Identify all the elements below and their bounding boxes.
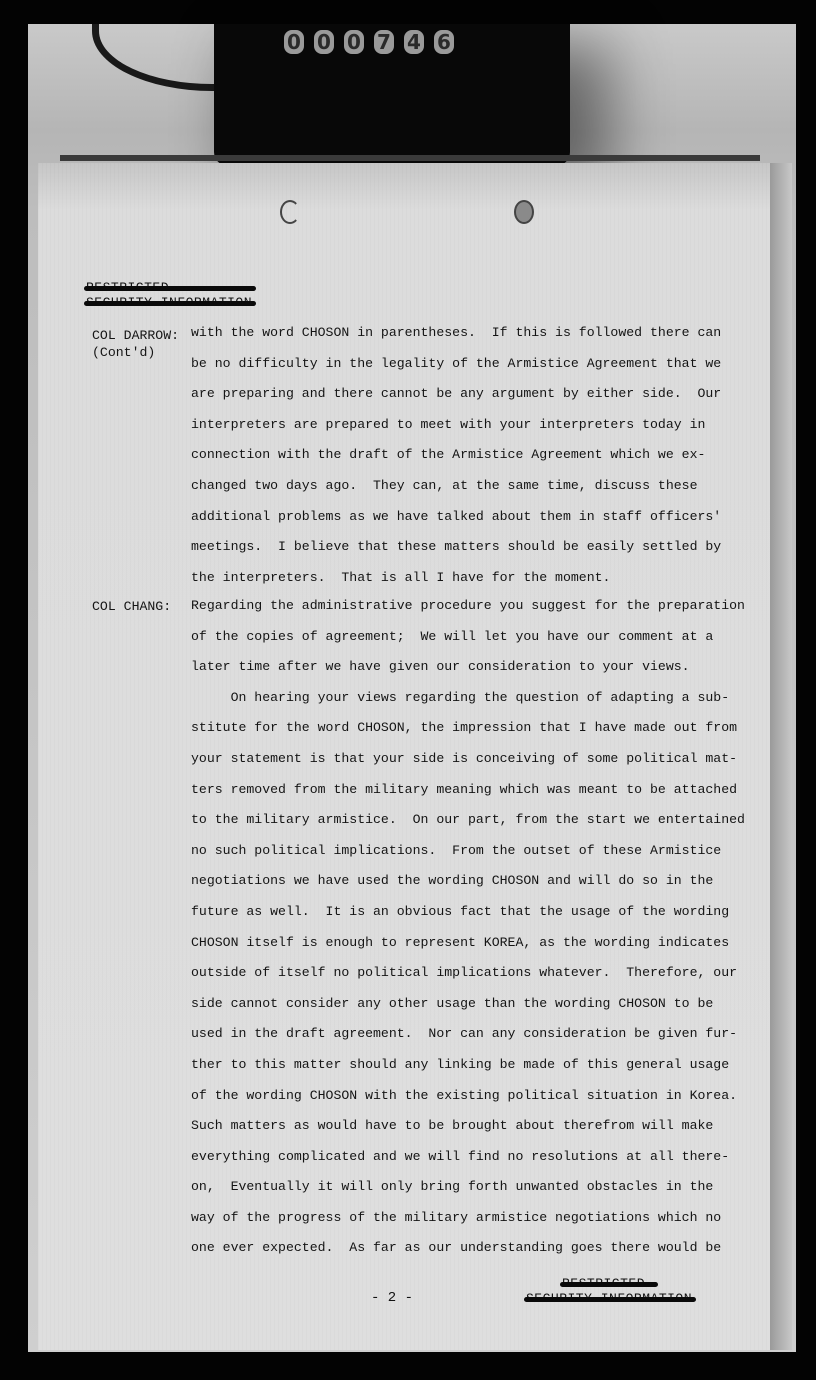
chang-statement: Regarding the administrative procedure y… [191, 591, 731, 1264]
text-line: one ever expected. As far as our underst… [191, 1233, 731, 1264]
text-line: CHOSON itself is enough to represent KOR… [191, 928, 731, 959]
text-line: way of the progress of the military armi… [191, 1203, 731, 1234]
text-line: used in the draft agreement. Nor can any… [191, 1019, 731, 1050]
speaker-label-chang: COL CHANG: [92, 598, 171, 615]
page-edge [770, 163, 792, 1350]
text-line: side cannot consider any other usage tha… [191, 989, 731, 1020]
text-line: stitute for the word CHOSON, the impress… [191, 713, 731, 744]
darrow-statement: with the word CHOSON in parentheses. If … [191, 318, 731, 593]
frame-counter-clip: 0 0 0 7 4 6 [214, 24, 570, 166]
text-line: On hearing your views regarding the ques… [191, 683, 731, 714]
counter-digit: 0 [314, 30, 334, 54]
text-line: later time after we have given our consi… [191, 652, 731, 683]
text-line: meetings. I believe that these matters s… [191, 532, 731, 563]
footer-stamp: RESTRICTED SECURITY INFORMATION [526, 1276, 692, 1306]
punch-hole-icon [280, 200, 300, 224]
counter-digit: 7 [374, 30, 394, 54]
speaker-note: (Cont'd) [92, 345, 155, 360]
text-line: no such political implications. From the… [191, 836, 731, 867]
stamp-security-information: SECURITY INFORMATION [526, 1291, 692, 1306]
text-line: Regarding the administrative procedure y… [191, 591, 731, 622]
counter-digit: 4 [404, 30, 424, 54]
page-number: - 2 - [371, 1290, 413, 1306]
stamp-restricted: RESTRICTED [562, 1276, 654, 1291]
text-line: negotiations we have used the wording CH… [191, 866, 731, 897]
text-line: the interpreters. That is all I have for… [191, 563, 731, 594]
speaker-label-darrow: COL DARROW:(Cont'd) [92, 327, 179, 361]
text-line: ther to this matter should any linking b… [191, 1050, 731, 1081]
clip-rail [60, 155, 760, 161]
counter-digit: 0 [284, 30, 304, 54]
text-line: additional problems as we have talked ab… [191, 502, 731, 533]
text-line: to the military armistice. On our part, … [191, 805, 731, 836]
text-line: everything complicated and we will find … [191, 1142, 731, 1173]
text-line: ters removed from the military meaning w… [191, 775, 731, 806]
text-line: are preparing and there cannot be any ar… [191, 379, 731, 410]
text-line: on, Eventually it will only bring forth … [191, 1172, 731, 1203]
text-line: future as well. It is an obvious fact th… [191, 897, 731, 928]
counter-digit: 6 [434, 30, 454, 54]
punch-hole-icon [514, 200, 534, 224]
header-stamp: RESTRICTED SECURITY INFORMATION [86, 280, 252, 310]
stamp-security-information: SECURITY INFORMATION [86, 295, 252, 310]
counter-digit: 0 [344, 30, 364, 54]
text-line: with the word CHOSON in parentheses. If … [191, 318, 731, 349]
text-line: interpreters are prepared to meet with y… [191, 410, 731, 441]
speaker-name: COL DARROW: [92, 328, 179, 343]
stamp-restricted: RESTRICTED [86, 280, 252, 295]
text-line: of the copies of agreement; We will let … [191, 622, 731, 653]
text-line: of the wording CHOSON with the existing … [191, 1081, 731, 1112]
text-line: connection with the draft of the Armisti… [191, 440, 731, 471]
frame-counter: 0 0 0 7 4 6 [284, 30, 454, 54]
text-line: outside of itself no political implicati… [191, 958, 731, 989]
text-line: be no difficulty in the legality of the … [191, 349, 731, 380]
text-line: your statement is that your side is conc… [191, 744, 731, 775]
text-line: changed two days ago. They can, at the s… [191, 471, 731, 502]
text-line: Such matters as would have to be brought… [191, 1111, 731, 1142]
